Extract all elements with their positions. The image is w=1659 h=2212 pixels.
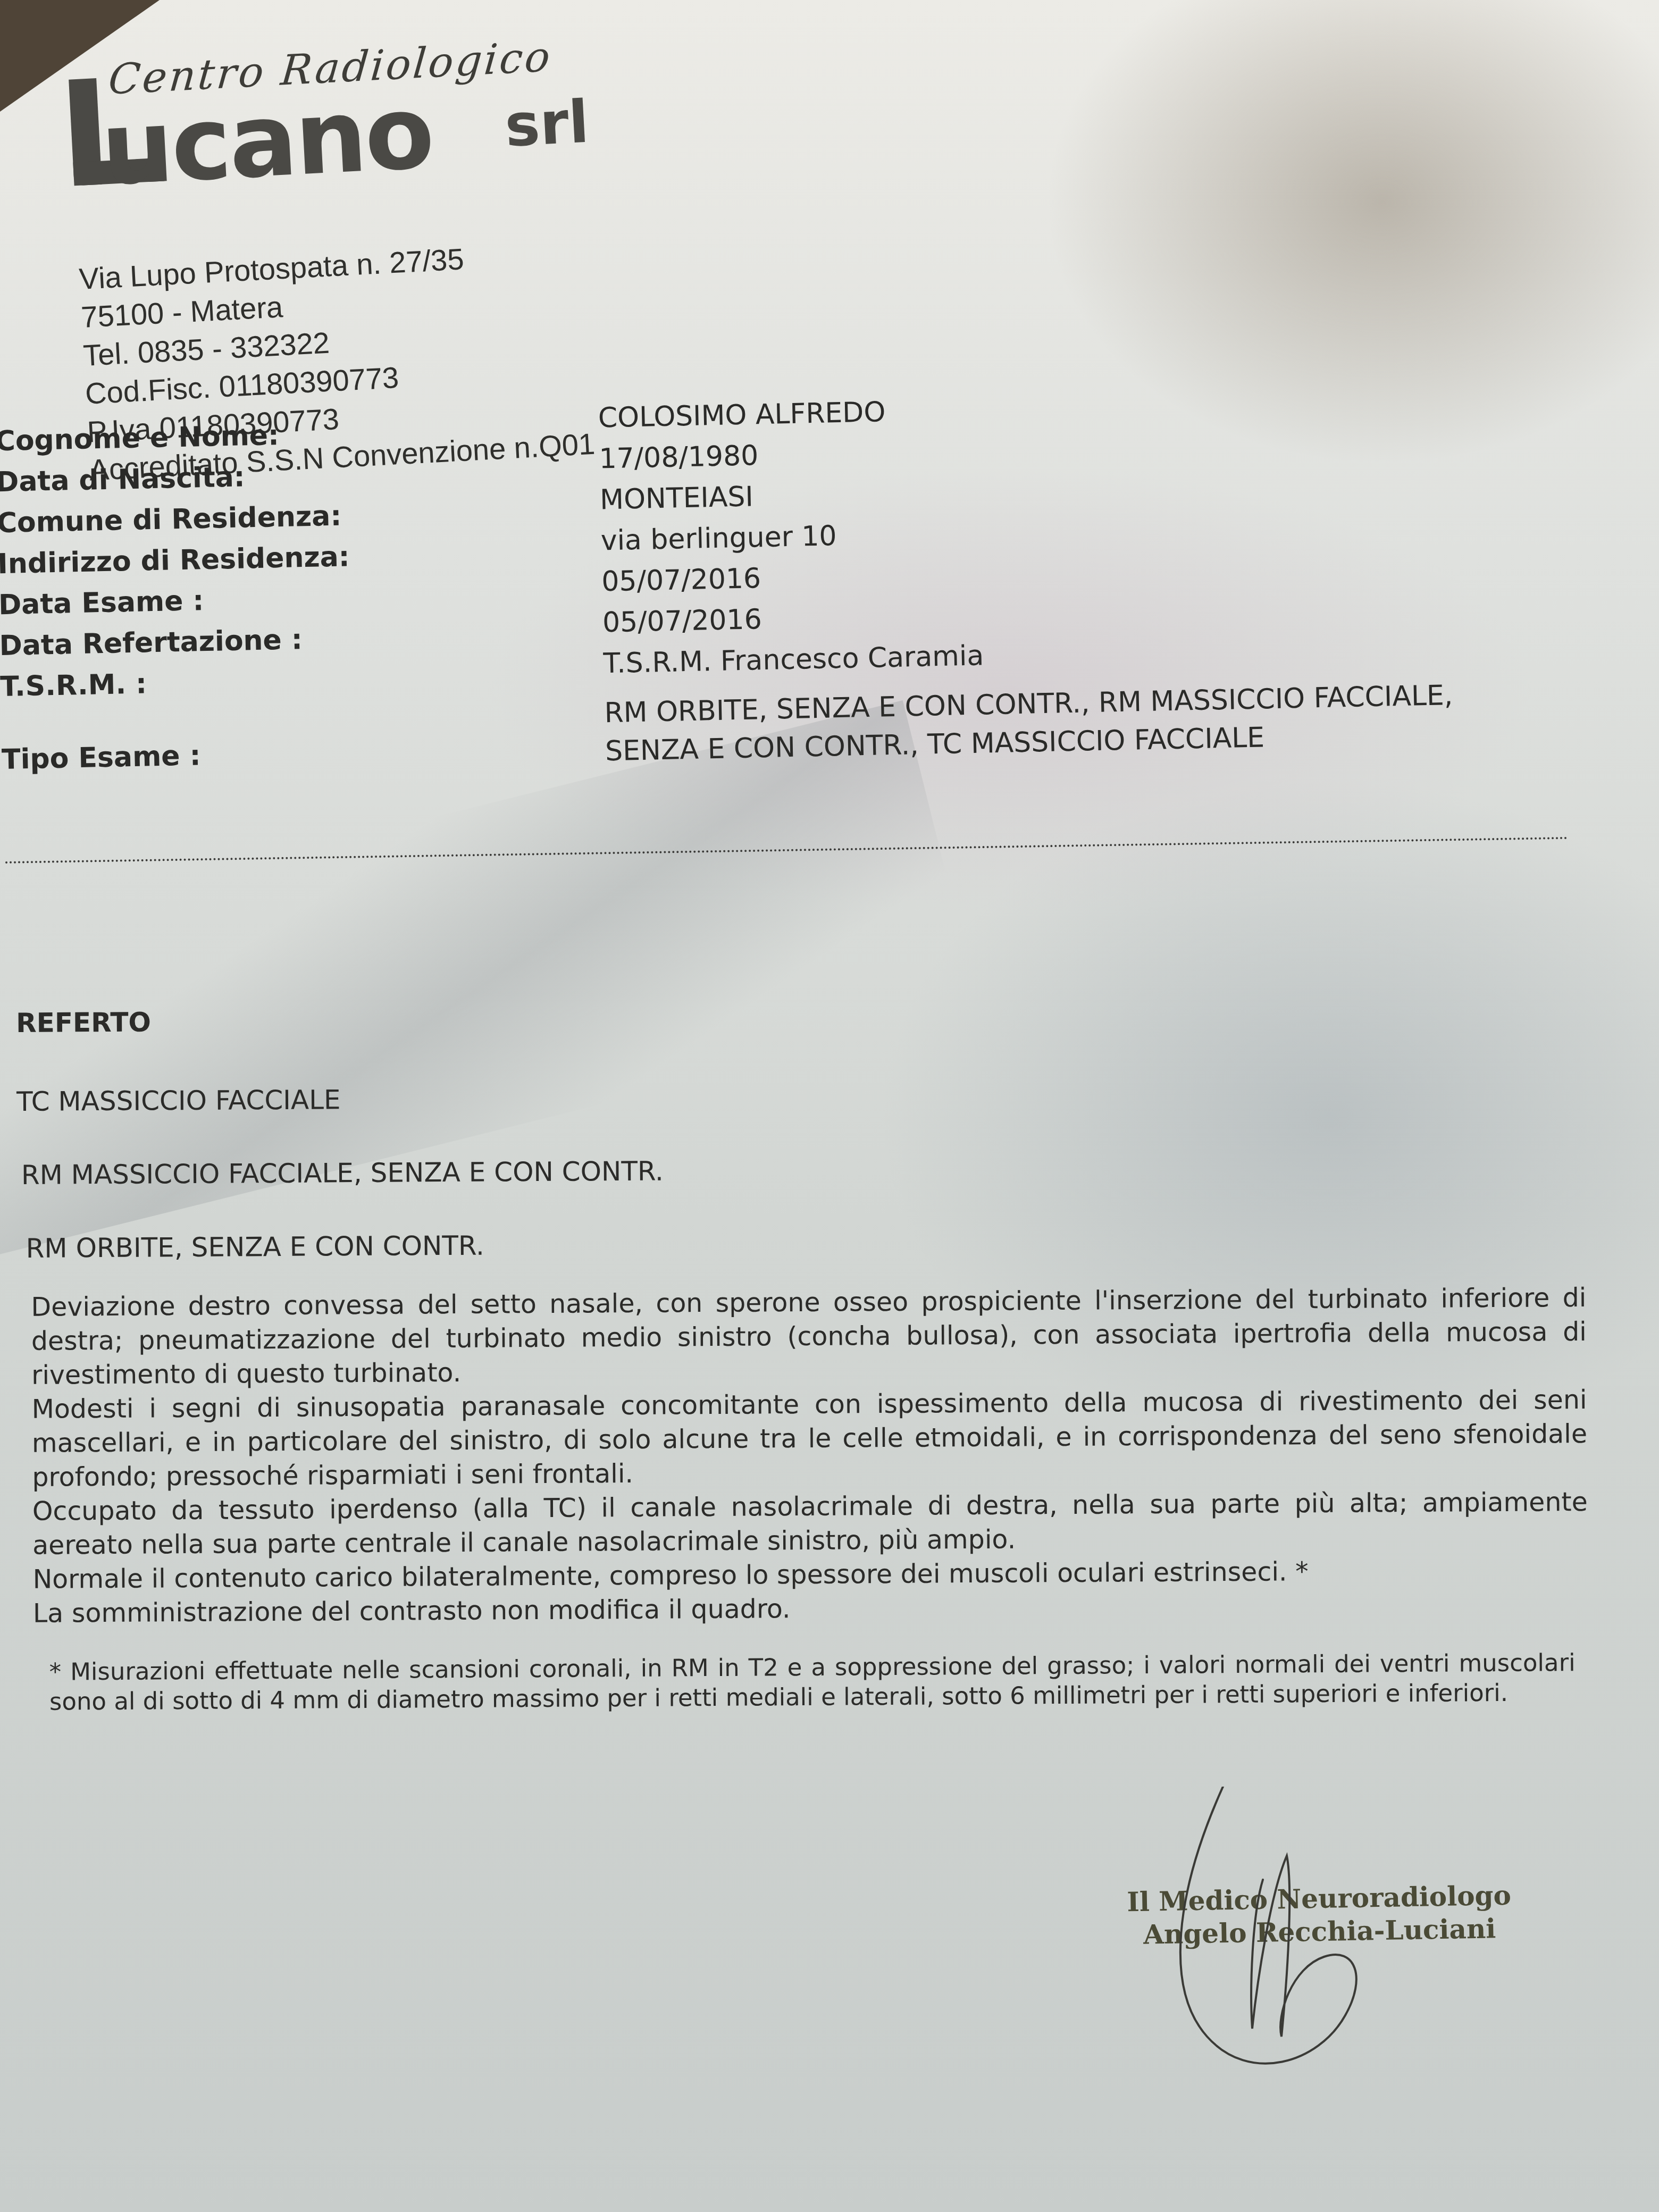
section-divider: [5, 837, 1569, 864]
field-label: Tipo Esame :: [2, 740, 201, 776]
finding-paragraph: Occupato da tessuto iperdenso (alla TC) …: [32, 1485, 1588, 1563]
report-footnote: * Misurazioni effettuate nelle scansioni…: [49, 1648, 1576, 1717]
logo-wordmark: ucano: [99, 82, 434, 200]
field-label: Comune di Residenza:: [0, 500, 342, 540]
field-value: via berlinguer 10: [600, 520, 837, 557]
field-label: Data Esame :: [0, 585, 204, 621]
report-exam-item: TC MASSICCIO FACCIALE: [16, 1077, 1585, 1117]
field-value: 17/08/1980: [599, 440, 759, 475]
field-label: T.S.R.M. :: [0, 668, 147, 703]
report-exam-item: RM ORBITE, SENZA E CON CONTR.: [26, 1224, 1586, 1264]
report-exam-item: RM MASSICCIO FACCIALE, SENZA E CON CONTR…: [21, 1150, 1586, 1191]
field-value: MONTEIASI: [600, 481, 754, 516]
signer-name: Angelo Recchia-Luciani: [1127, 1912, 1512, 1952]
field-label: Indirizzo di Residenza:: [0, 541, 350, 580]
field-value: 05/07/2016: [602, 604, 762, 639]
field-label: Cognome e Nome:: [0, 420, 279, 457]
signature-block: Il Medico Neuroradiologo Angelo Recchia-…: [1127, 1879, 1512, 1952]
patient-info: Cognome e Nome: COLOSIMO ALFREDO Data di…: [0, 392, 1603, 792]
finding-paragraph: Modesti i segni di sinusopatia paranasal…: [31, 1383, 1587, 1495]
finding-paragraph: Deviazione destro convessa del setto nas…: [31, 1281, 1587, 1393]
field-label: Data di Nascita:: [0, 461, 245, 498]
report-findings: Deviazione destro convessa del setto nas…: [31, 1281, 1588, 1631]
field-value: COLOSIMO ALFREDO: [598, 396, 886, 434]
logo-suffix: srl: [504, 93, 590, 155]
field-label: Data Refertazione :: [0, 624, 303, 662]
report-title: REFERTO: [16, 998, 1585, 1038]
report-body: REFERTO TC MASSICCIO FACCIALE RM MASSICC…: [16, 998, 1589, 1717]
field-value: 05/07/2016: [601, 563, 761, 598]
company-logo: Centro Radiologico ucano srl: [64, 6, 657, 202]
medical-report-document: Centro Radiologico ucano srl Via Lupo Pr…: [0, 0, 1659, 2212]
